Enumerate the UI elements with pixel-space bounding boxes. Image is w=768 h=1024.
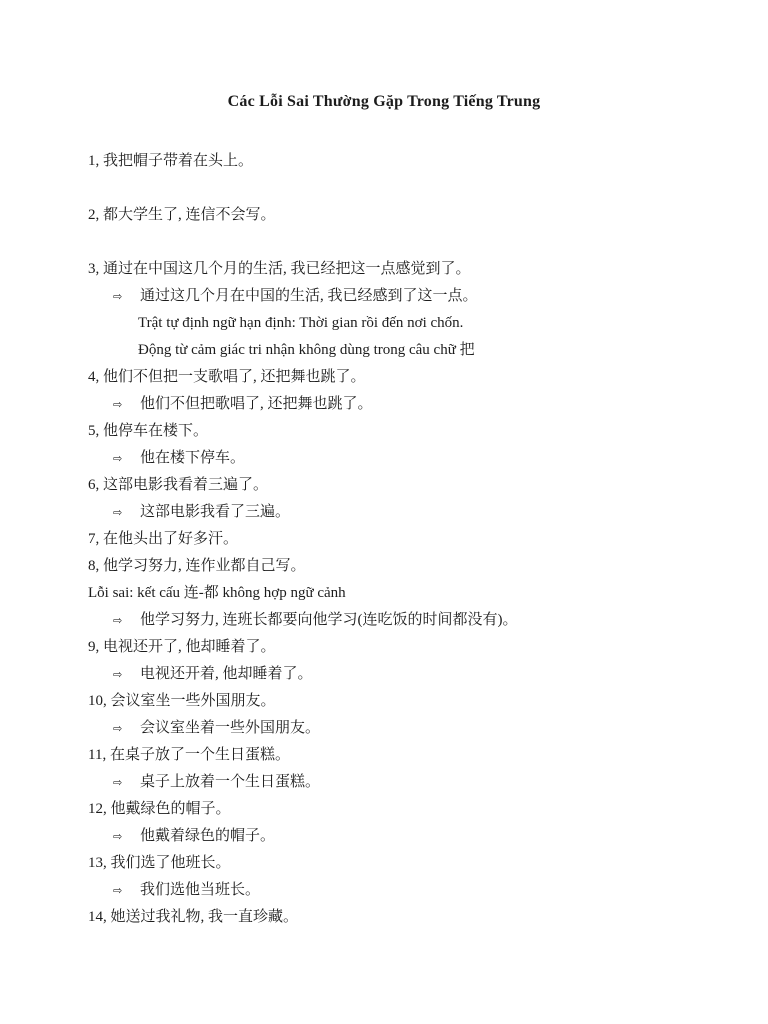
line-note: Động từ cảm giác tri nhận không dùng tro…: [88, 337, 698, 364]
line-item: 3, 通过在中国这几个月的生活, 我已经把这一点感觉到了。: [88, 256, 698, 283]
line-correction: ⇨会议室坐着一些外国朋友。: [88, 715, 698, 742]
correction-arrow-icon: ⇨: [113, 499, 140, 526]
correction-arrow-icon: ⇨: [113, 283, 140, 310]
correction-arrow-icon: ⇨: [113, 715, 140, 742]
line-note-flush: Lỗi sai: kết cấu 连-都 không hợp ngữ cảnh: [88, 580, 698, 607]
line-correction: ⇨桌子上放着一个生日蛋糕。: [88, 769, 698, 796]
correction-arrow-icon: ⇨: [113, 877, 140, 904]
correction-arrow-icon: ⇨: [113, 661, 140, 688]
correction-text: 电视还开着, 他却睡着了。: [140, 666, 313, 682]
correction-arrow-icon: ⇨: [113, 607, 140, 634]
correction-text: 通过这几个月在中国的生活, 我已经感到了这一点。: [140, 288, 478, 304]
correction-arrow-icon: ⇨: [113, 769, 140, 796]
line-correction: ⇨通过这几个月在中国的生活, 我已经感到了这一点。: [88, 283, 698, 310]
line-item: 6, 这部电影我看着三遍了。: [88, 472, 698, 499]
line-item: 7, 在他头出了好多汗。: [88, 526, 698, 553]
line-note: Trật tự định ngữ hạn định: Thời gian rồi…: [88, 310, 698, 337]
correction-text: 他学习努力, 连班长都要向他学习(连吃饭的时间都没有)。: [140, 612, 518, 628]
line-correction: ⇨他戴着绿色的帽子。: [88, 823, 698, 850]
line-correction: ⇨电视还开着, 他却睡着了。: [88, 661, 698, 688]
line-item: 1, 我把帽子带着在头上。: [88, 148, 698, 175]
line-item: 2, 都大学生了, 连信不会写。: [88, 202, 698, 229]
correction-arrow-icon: ⇨: [113, 445, 140, 472]
line-item: 10, 会议室坐一些外国朋友。: [88, 688, 698, 715]
line-correction: ⇨我们选他当班长。: [88, 877, 698, 904]
line-item: 5, 他停车在楼下。: [88, 418, 698, 445]
line-item: 9, 电视还开了, 他却睡着了。: [88, 634, 698, 661]
line-item: 13, 我们选了他班长。: [88, 850, 698, 877]
line-item: 8, 他学习努力, 连作业都自己写。: [88, 553, 698, 580]
document-page: Các Lỗi Sai Thường Gặp Trong Tiếng Trung…: [0, 0, 768, 1024]
correction-arrow-icon: ⇨: [113, 823, 140, 850]
correction-text: 我们选他当班长。: [140, 882, 260, 898]
correction-text: 他们不但把歌唱了, 还把舞也跳了。: [140, 396, 373, 412]
line-item: 12, 他戴绿色的帽子。: [88, 796, 698, 823]
correction-text: 这部电影我看了三遍。: [140, 504, 290, 520]
line-item: 14, 她送过我礼物, 我一直珍藏。: [88, 904, 698, 931]
document-lines: 1, 我把帽子带着在头上。2, 都大学生了, 连信不会写。3, 通过在中国这几个…: [88, 148, 698, 931]
correction-text: 会议室坐着一些外国朋友。: [140, 720, 320, 736]
correction-arrow-icon: ⇨: [113, 391, 140, 418]
line-correction: ⇨他们不但把歌唱了, 还把舞也跳了。: [88, 391, 698, 418]
line-correction: ⇨这部电影我看了三遍。: [88, 499, 698, 526]
line-correction: ⇨他在楼下停车。: [88, 445, 698, 472]
correction-text: 他在楼下停车。: [140, 450, 245, 466]
line-correction: ⇨他学习努力, 连班长都要向他学习(连吃饭的时间都没有)。: [88, 607, 698, 634]
page-title: Các Lỗi Sai Thường Gặp Trong Tiếng Trung: [0, 0, 768, 112]
correction-text: 他戴着绿色的帽子。: [140, 828, 275, 844]
correction-text: 桌子上放着一个生日蛋糕。: [140, 774, 320, 790]
line-item: 4, 他们不但把一支歌唱了, 还把舞也跳了。: [88, 364, 698, 391]
line-item: 11, 在桌子放了一个生日蛋糕。: [88, 742, 698, 769]
